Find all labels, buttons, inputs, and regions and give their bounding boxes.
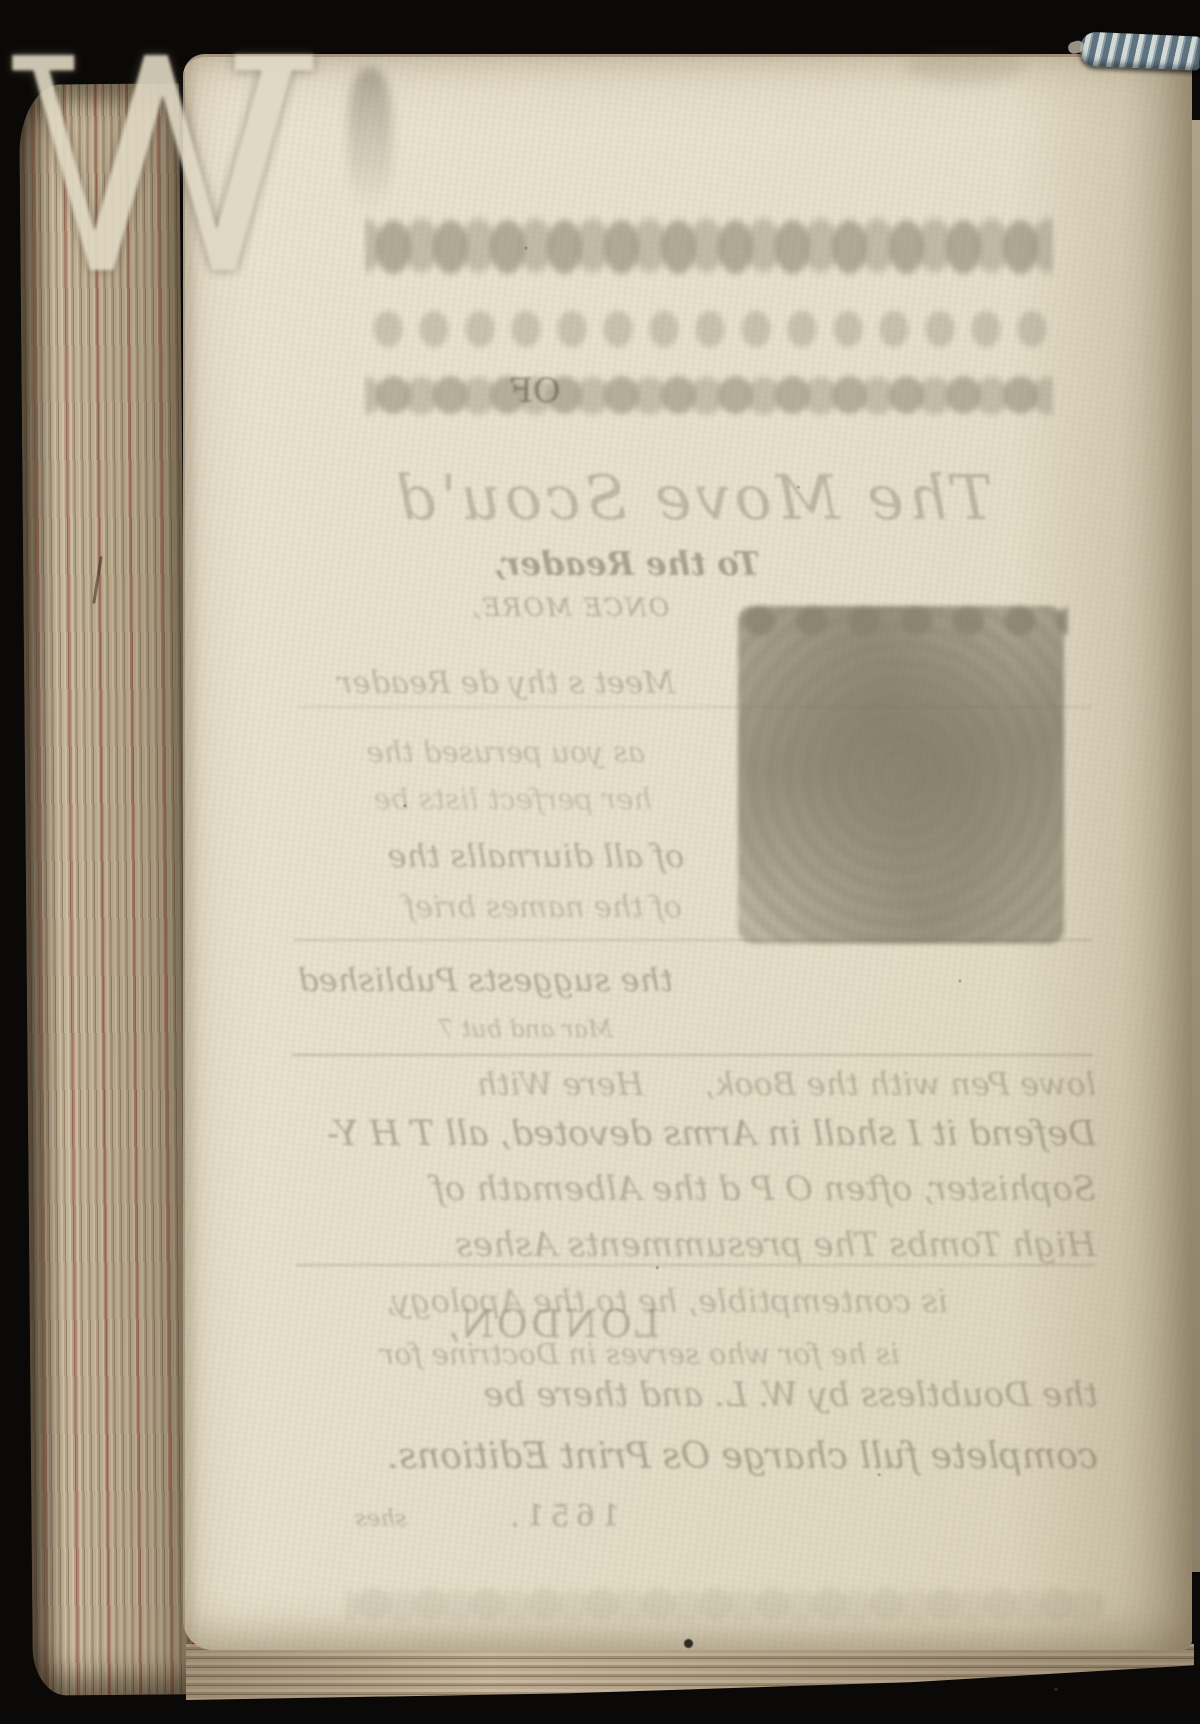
ink-smudge (905, 50, 1025, 84)
ink-smudge (348, 68, 392, 210)
ghost-line: as you perused the (425, 736, 645, 769)
ghost-line: Mar and but 7 (388, 1016, 663, 1044)
ghost-line: the suggests Published (338, 962, 673, 999)
fleuron-headpiece-band (365, 362, 1053, 428)
ghost-rule (292, 1054, 1093, 1056)
fleuron-headpiece-band (365, 298, 1053, 360)
ghost-line: of the names brief (393, 891, 693, 926)
fleuron-scallop-edge (734, 598, 1068, 644)
fleuron-tailpiece-band (345, 1576, 1103, 1632)
ghost-line: Meet s thy de Reader (385, 666, 675, 702)
endband-icon (1079, 31, 1200, 70)
book-photograph: OF The Move Scou'd To the Reader, ONCE M… (0, 0, 1200, 1724)
ghost-of-word: OF (500, 372, 570, 411)
ghost-paragraph-line: High Tombs The presumments Ashes (290, 1226, 1096, 1265)
ghost-catchword: shes (336, 1506, 426, 1532)
ghost-paragraph-line: is contemptible, he to the Apology, (292, 1283, 1042, 1320)
ghost-paragraph-line: complete full charge Os Print Editions. (286, 1436, 1098, 1477)
ghost-once-more: ONCE MORE, (470, 594, 670, 623)
ghost-title: The Move Scou'd (345, 462, 1040, 533)
ghost-line: of all diurnalls the (386, 838, 686, 875)
ghost-paragraph-line: the Doubtless by W. L. and there be (292, 1376, 1098, 1415)
ghost-paragraph-line: lowe Pen with the Book, Here With (290, 1066, 1096, 1103)
ghost-paragraph-line: Sophister, often O P d the Albemath of (290, 1170, 1096, 1209)
ghost-reader-heading: To the Reader, (520, 545, 760, 583)
ghost-rule (294, 939, 1092, 941)
bottom-edge-page-stack (186, 1644, 1194, 1700)
ghost-year: 1651. (492, 1500, 632, 1535)
ink-speck (684, 1639, 693, 1648)
ghost-line: her perfect lists be (412, 783, 652, 816)
fleuron-headpiece-band (365, 200, 1053, 294)
gutter-page-edge (1192, 120, 1200, 1572)
ghost-initial-letter: W (0, 8, 326, 338)
ghost-paragraph-line: is he for who serves in Doctrine for (300, 1338, 980, 1371)
ghost-rule (298, 706, 1092, 708)
decorated-woodcut-initial (738, 606, 1064, 944)
ghost-paragraph-line: Defend it I shall in Arms devoted, all T… (290, 1114, 1096, 1154)
